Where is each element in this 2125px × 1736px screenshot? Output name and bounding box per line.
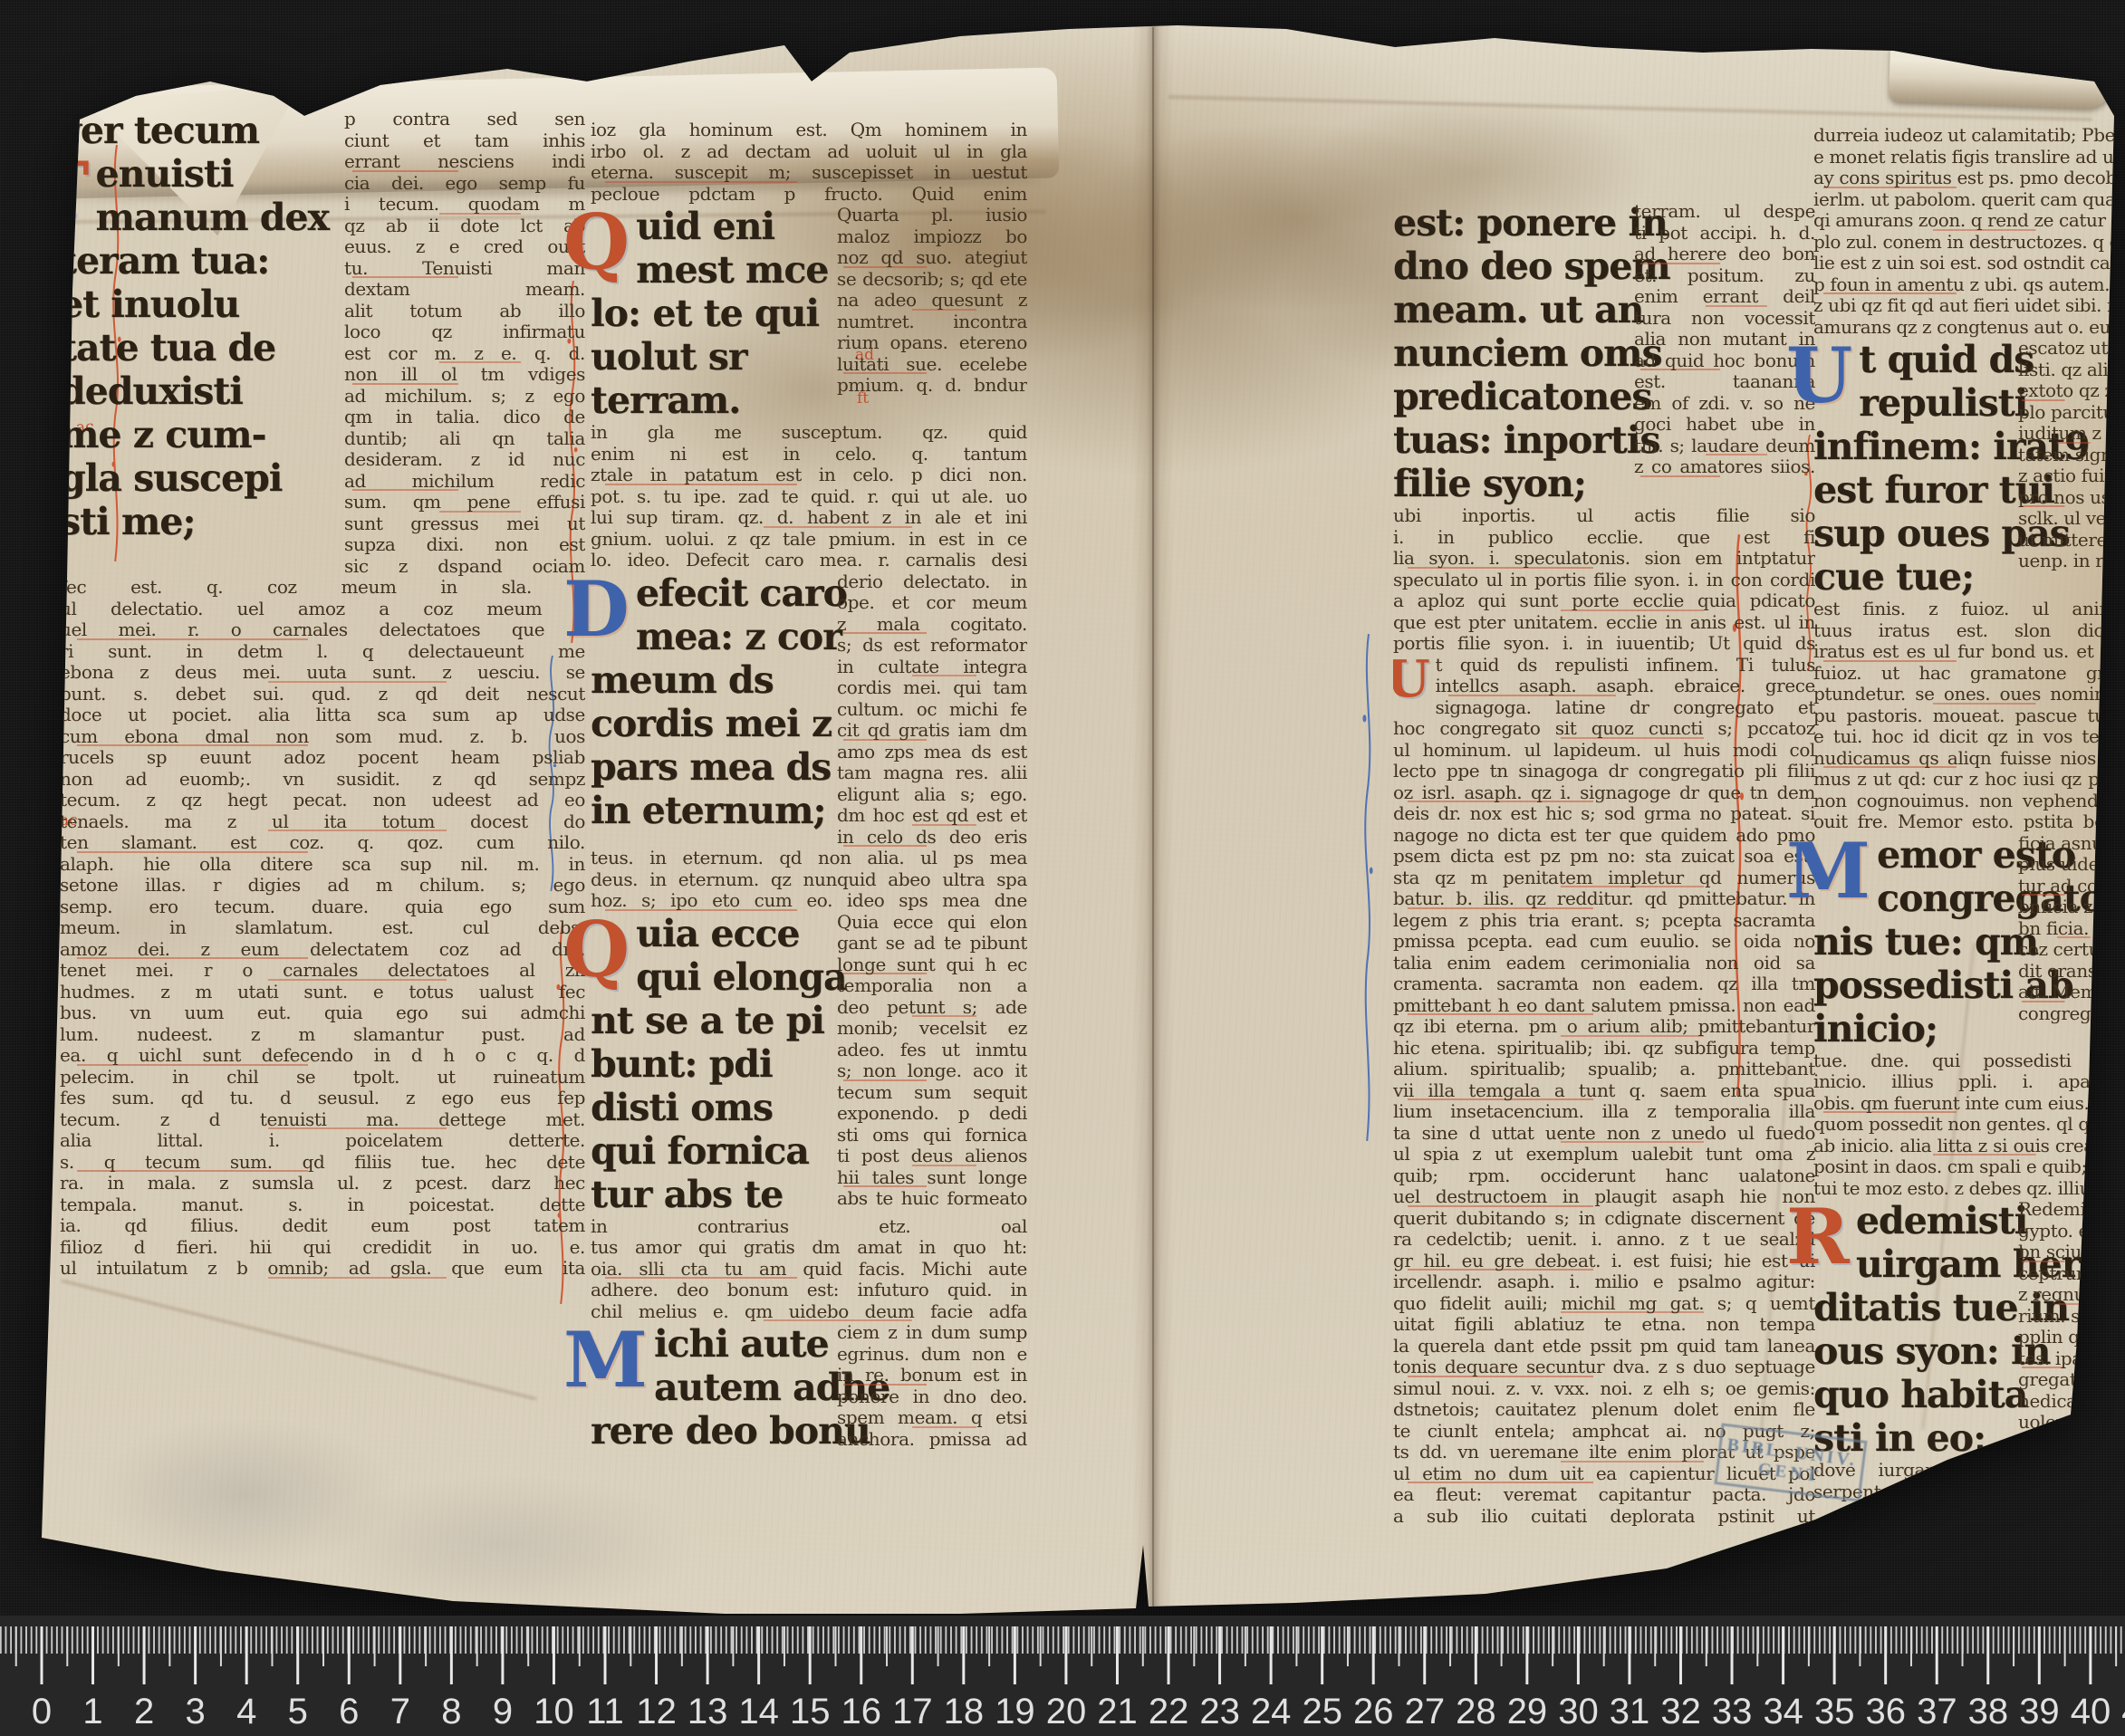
ruler-number: 1: [82, 1692, 102, 1732]
gloss-line: tur ad consueta: [2018, 876, 2116, 897]
verse-line: teram tua:: [60, 239, 332, 283]
illuminated-initial: U: [1786, 341, 1851, 410]
gloss-line: irbo ol. z ad dectam ad uoluit ul in gla: [591, 141, 1027, 163]
gloss-line: terram. ul despe: [1634, 201, 1815, 223]
gloss-line: s. q tecum sum. qd filiis tue. hec dete: [60, 1152, 585, 1174]
gloss-line: uitat figili ablatiuz te etna. non tempa: [1393, 1314, 1815, 1336]
gloss-block: ficia asnuat utpius uidex mittur ad cons…: [2018, 833, 2116, 1025]
gloss-line: s; ds est reformator: [837, 635, 1027, 657]
ruler-number: 21: [1097, 1692, 1138, 1732]
ruler-number: 4: [236, 1692, 256, 1732]
illuminated-initial: M: [563, 1326, 647, 1395]
gloss-line: ioz gla hominum est. Qm hominem in: [591, 120, 1027, 141]
verse-line: deduxisti: [60, 369, 332, 413]
gloss-line: tuus iratus est. slon dicit: [1813, 620, 2116, 642]
gloss-block: Ut quid ds repulisti infinem. Ti tulusin…: [1393, 655, 1815, 1038]
gloss-line: dm hoc est qd est et: [837, 805, 1027, 827]
verse-line: possedisti ab: [1813, 964, 2005, 1007]
gloss-line: sum. qm pene effusi: [344, 492, 585, 513]
gloss-block: escatoz ut. veplisti. qz alienos. uextot…: [2018, 338, 2116, 572]
ruler-number: 7: [390, 1692, 410, 1732]
verse-block: ver tecumTenuistimanum dexteram tua:et i…: [60, 109, 332, 543]
gloss-line: tu. Tenuisti man: [344, 258, 585, 280]
verse-gloss-row: est: ponere indno deo spemmeam. ut annun…: [1393, 201, 1815, 505]
gloss-line: pot. s. tu ipe. zad te quid. r. qui ut a…: [591, 486, 1027, 508]
gloss-line: quo fidelit auili; michil mg gat. s; q u…: [1393, 1293, 1815, 1315]
gloss-line: maloz impiozz bo: [837, 226, 1027, 248]
gloss-line: ponere in dno deo.: [837, 1386, 1027, 1408]
gloss-line: loco qz infirmatu: [344, 321, 585, 343]
gloss-line: doce ut pociet. alia litta sca sum ap ud…: [60, 705, 585, 726]
gloss-line: ciem z in dum sump: [837, 1322, 1027, 1344]
gloss-line: posint in daos. cm spali e quib; legem: [1813, 1156, 2116, 1178]
gloss-line: ubi inportis. ul actis filie sio: [1393, 505, 1815, 527]
ruler-number: 19: [995, 1692, 1035, 1732]
gloss-line: ad herere deo bon: [1634, 244, 1815, 265]
verse-line: ous syon: in: [1813, 1329, 2005, 1373]
ruler-number: 22: [1149, 1692, 1189, 1732]
gloss-line: ia. qd filius. dedit eum post tatem: [60, 1215, 585, 1237]
gloss-line: Redemisti ab e: [2018, 1199, 2116, 1221]
ruler-number: 37: [1917, 1692, 1957, 1732]
ruler-number: 26: [1353, 1692, 1394, 1732]
gloss-line: batur. b. ilis. qz redditur. qd pmitteba…: [1393, 888, 1815, 910]
gloss-line: z mala cogitato.: [837, 614, 1027, 636]
gloss-line: rium. s. iudicium: [2018, 1306, 2116, 1328]
gloss-line: numtret. incontra: [837, 312, 1027, 333]
gloss-line: z actio fuit. ul i: [2018, 465, 2116, 487]
gloss-line: ad michilum. s; z ego: [344, 386, 585, 408]
gloss-line: mus z ut qd: cur z hoc iusi qz pul: [1813, 769, 2116, 791]
gloss-line: in contrarius etz. oal: [591, 1216, 1027, 1238]
gloss-line: egrinus. dum non e: [837, 1344, 1027, 1366]
gloss-line: abs te huic formeato: [837, 1188, 1027, 1210]
gloss-line: tam magna res. alii: [837, 762, 1027, 784]
gloss-line: cordis mei. qui tam: [837, 677, 1027, 699]
gloss-line: escatoz ut. vep: [2018, 338, 2116, 360]
verse-line: tate tua de: [60, 326, 332, 369]
gloss-line: uolens. ds possi: [2018, 1412, 2116, 1434]
ruler-number: 11: [586, 1692, 624, 1732]
ruler-number: 27: [1405, 1692, 1446, 1732]
verse-line: terram.: [591, 379, 824, 422]
gloss-line: derio delectato. in: [837, 571, 1027, 593]
gloss-line: cia dei. ego semp fu: [344, 173, 585, 195]
gloss-line: oz isrl. asaph. qz i. signagoge dr que t…: [1393, 782, 1815, 804]
penwork-flourish: [1359, 634, 1379, 1141]
text-column-2: ioz gla hominum est. Qm hominem inirbo o…: [591, 120, 1027, 1453]
gloss-line: semp. ero tecum. duare. quia ego sum: [60, 897, 585, 918]
gloss-line: fec est. q. coz meum in sla. z: [60, 577, 585, 599]
verse-line: inicio;: [1813, 1007, 2005, 1050]
verse-gloss-row: Redemistiuirgam hereditatis tue inous sy…: [1813, 1199, 2116, 1460]
gloss-line: cramenta. sacramta non eadem. qz illa tm: [1393, 974, 1815, 995]
gloss-line: ztale in patatum est in celo. p dici non…: [591, 465, 1027, 486]
gloss-line: setone illas. r digies ad m chilum. s; e…: [60, 875, 585, 897]
verse-line: rere deo bonu: [591, 1409, 824, 1453]
ruler-number: 17: [892, 1692, 933, 1732]
ruler-numbers: 0123456789101112131415161718192021222324…: [0, 1692, 2125, 1735]
gloss-line: non ad euomb;. vn susidit. z qd sempz: [60, 769, 585, 791]
ruler-number: 34: [1763, 1692, 1803, 1732]
gloss-line: dextam meam.: [344, 279, 585, 301]
ruler-number: 28: [1456, 1692, 1496, 1732]
gloss-line: sta qz m penitatem impletur qd numerus: [1393, 868, 1815, 889]
gloss-line: bn sciu uirgam. s: [2018, 1242, 2116, 1263]
verse-line: lo: et te qui: [591, 292, 824, 335]
ruler-number: 12: [636, 1692, 677, 1732]
gloss-line: ul hominum. ul lapideum. ul huis modi co…: [1393, 740, 1815, 762]
gloss-line: plo zul. conem in destructozes. q emd ei…: [1813, 232, 2116, 254]
gloss-line: psem dicta est pz pm no: sta zuicat soa …: [1393, 846, 1815, 868]
gloss-line: bus. vn uum eut. quia ego sui admchi: [60, 1002, 585, 1024]
gloss-line: non ill ol tm vdiges: [344, 364, 585, 386]
gloss-line: filioz d fieri. hii qui credidit in uo. …: [60, 1237, 585, 1259]
gloss-line: qz ibi eterna. pm o arium alib; pmitteba…: [1393, 1016, 1815, 1038]
gloss-line: sti oms qui fornica: [837, 1125, 1027, 1146]
ruler-number: 8: [441, 1692, 461, 1732]
verse-line: bunt: pdi: [591, 1042, 824, 1086]
gloss-line: tatem signficaue: [2018, 445, 2116, 466]
gloss-line: obis. qm fuerunt inte cum eius. hic ppls…: [1813, 1093, 2116, 1115]
verse-gloss-row: Memor estocongregatonis tue: qmpossedist…: [1813, 833, 2116, 1050]
illuminated-initial: R: [1786, 1203, 1849, 1271]
gloss-line: z ubi qz fit qd aut fieri uidet sibi. me…: [1813, 295, 2116, 317]
gloss-block: tue. dne. qui possedisti abinicio. illiu…: [1813, 1050, 2116, 1200]
gloss-line: z regnum hedita: [2018, 1284, 2116, 1306]
ruler-number: 14: [738, 1692, 779, 1732]
ruler-number: 6: [339, 1692, 359, 1732]
gloss-line: na adeo quesunt z: [837, 290, 1027, 312]
gloss-line: gypto. ecce aliud: [2018, 1221, 2116, 1242]
ruler-number: 24: [1251, 1692, 1292, 1732]
gloss-line: alium. spiritualib; spualib; a. pmitteba…: [1393, 1059, 1815, 1080]
gloss-line: lium insetacencium. illa z temporalia il…: [1393, 1101, 1815, 1123]
text-column-1: ver tecumTenuistimanum dexteram tua:et i…: [60, 109, 585, 1280]
ruler-number: 35: [1814, 1692, 1855, 1732]
gloss-line: in celo ds deo eris: [837, 827, 1027, 849]
gloss-line: rium opans. etereno: [837, 332, 1027, 354]
gloss-block: fec est. q. coz meum in sla. zul delecta…: [60, 577, 585, 1280]
gloss-line: spem meam. q etsi: [837, 1407, 1027, 1429]
gloss-line: que est pter unitatem. ecclie in anis es…: [1393, 612, 1815, 634]
gloss-line: deo petunt s; ade: [837, 997, 1027, 1019]
gloss-line: cultum. oc michi fe: [837, 699, 1027, 721]
gloss-line: querit dubitando s; in cdignate discerne…: [1393, 1208, 1815, 1230]
gloss-line: gnium. uolui. z qz tale pmium. in est in…: [591, 529, 1027, 551]
gloss-block: hic etena. spiritualib; ibi. qz subfigur…: [1393, 1038, 1815, 1208]
gloss-line: errant nesciens indi: [344, 151, 585, 173]
gloss-line: teus. in eternum. qd non alia. ul ps mea: [591, 848, 1027, 869]
gloss-line: iratus est es ul fur bond us. et s;: [1813, 641, 2116, 663]
ruler-number: 9: [493, 1692, 513, 1732]
gloss-line: amurans qz z congtenus aut o. eui a. q: [1813, 317, 2116, 339]
illuminated-initial: U: [1393, 657, 1429, 702]
gloss-line: qm in talia. dico de: [344, 407, 585, 428]
gloss-line: p foun in amentu z ubi. qs autem. vep. t…: [1813, 274, 2116, 296]
verse-block: Quia eccequi elongant se a te pibunt: pd…: [591, 912, 824, 1216]
gloss-block: in gla me susceptum. qz. quidenim ni est…: [591, 422, 1027, 571]
gloss-line: nagoge no dicta est ter que quidem ado p…: [1393, 825, 1815, 847]
gloss-line: ti pot accipi. h. d.: [1634, 223, 1815, 245]
gloss-line: tui te moz esto. z debes qz. illius ppli: [1813, 1178, 2116, 1200]
gloss-line: bnficia z pius si: [2018, 897, 2116, 918]
gloss-line: pelecim. in chil se tpolt. ut ruineatum: [60, 1067, 585, 1089]
gloss-line: sic z dspand ociam: [344, 556, 585, 578]
gloss-block: Quia ecce qui elongant se ad te pibuntlo…: [837, 912, 1027, 1210]
ruler-number: 23: [1199, 1692, 1240, 1732]
ruler-ticks: [0, 1626, 2125, 1684]
gloss-block: p contra sed senciunt et tam inhiserrant…: [344, 109, 585, 577]
gloss-block: est finis. z fuioz. ul animtuus iratus e…: [1813, 599, 2116, 833]
ruler-number: 33: [1712, 1692, 1753, 1732]
gloss-line: qz ab ii dote lct ab: [344, 216, 585, 237]
gloss-line: lecto ppe tn sinagoga dr congregatio pli…: [1393, 761, 1815, 782]
gloss-line: e tui. hoc id dicit qz in vos tem: [1813, 726, 2116, 748]
verse-gloss-row: ver tecumTenuistimanum dexteram tua:et i…: [60, 109, 585, 577]
verse-line: disti oms: [591, 1086, 824, 1129]
gloss-line: extoto qz z nec t: [2018, 380, 2116, 402]
gloss-line: tonis dequare secuntur dva. z s duo sept…: [1393, 1357, 1815, 1378]
gloss-line: noz qd suo. ategiut: [837, 247, 1027, 269]
ruler-number: 40: [2071, 1692, 2111, 1732]
ruler-number: 41: [2121, 1692, 2125, 1732]
illuminated-initial: Q: [563, 208, 629, 277]
ruler-number: 25: [1303, 1692, 1343, 1732]
gloss-line: portis filie syon. i. in iuuentib; Ut qu…: [1393, 633, 1815, 655]
ruler-number: 20: [1046, 1692, 1087, 1732]
gloss-line: gregato iuxta: [2018, 1369, 2116, 1391]
ruler-number: 13: [687, 1692, 728, 1732]
gloss-line: ul spia z ut exemplum ualebit tunt oma z: [1393, 1144, 1815, 1165]
gloss-line: ircellendr. asaph. i. milio e psalmo agi…: [1393, 1271, 1815, 1293]
gloss-line: dit orans qz p eis: [2018, 961, 2116, 983]
gloss-line: alit totum ab illo: [344, 301, 585, 322]
gloss-block: ciem z in dum sumpegrinus. dum non ein r…: [837, 1322, 1027, 1450]
verse-gloss-row: Ut quid dsrepulistiinfinem: irat9est fur…: [1813, 338, 2116, 599]
gloss-line: tecum sum sequit: [837, 1082, 1027, 1104]
manuscript-photo: ac ac ad ft ver tecumTenuistimanum dexte…: [0, 0, 2125, 1736]
gloss-line: gant se ad te pibunt: [837, 933, 1027, 954]
gloss-line: a aploz qui sunt porte ecclie quia pdica…: [1393, 590, 1815, 612]
ruler-number: 5: [288, 1692, 308, 1732]
text-column-3: est: ponere indno deo spemmeam. ut annun…: [1393, 201, 1815, 1527]
illuminated-initial: M: [1786, 837, 1870, 906]
gloss-line: t quid ds repulisti infinem. Ti tulus: [1435, 655, 1815, 676]
gloss-line: congregatoins: [2018, 1003, 2116, 1025]
gloss-line: alia littal. i. poicelatem detterte.: [60, 1130, 585, 1152]
ruler-number: 29: [1507, 1692, 1548, 1732]
gloss-line: fes sum. qd tu. d seusul. z ego eus fep: [60, 1088, 585, 1109]
verse-line: me z cum-: [60, 413, 332, 456]
gloss-line: dstnetois; cauitatez plenum dolet enim f…: [1393, 1399, 1815, 1421]
verse-line: ditatis tue in: [1813, 1286, 2005, 1329]
gloss-line: s; non longe. aco it: [837, 1060, 1027, 1082]
gloss-line: uel destructoem in plaugit asaph hie non: [1393, 1186, 1815, 1208]
gloss-line: pmittebant h eo dant salutem pmissa. non…: [1393, 995, 1815, 1017]
penwork-flourish: [38, 380, 56, 679]
gloss-block: in contrarius etz. oaltus amor qui grati…: [591, 1216, 1027, 1323]
verse-line: uolut sr: [591, 335, 824, 379]
gloss-line: quib; rpm. occiderunt hanc ualatone: [1393, 1165, 1815, 1187]
gloss-line: Quarta pl. iusio: [837, 205, 1027, 226]
gloss-line: ri sunt. in detm l. q delectaueunt me: [60, 641, 585, 663]
gloss-line: hii tales sunt longe: [837, 1167, 1027, 1189]
verse-line: qui fornica: [591, 1129, 824, 1173]
gloss-line: oia. slli cta tu am quid facis. Michi au…: [591, 1259, 1027, 1280]
verse-gloss-row: Quid enimest mcelo: et te quiuolut srter…: [591, 205, 1027, 422]
ruler-number: 16: [841, 1692, 882, 1732]
gloss-line: ceptrum hdr eue: [2018, 1263, 2116, 1285]
gloss-line: se decsorib; s; qd ete: [837, 269, 1027, 291]
verse-block: Quid enimest mcelo: et te quiuolut srter…: [591, 205, 824, 422]
gloss-line: cit qd gratis iam dm: [837, 720, 1027, 742]
gloss-line: bn ficia. in eis. q: [2018, 918, 2116, 940]
gloss-line: a sub ilio cuitati deplorata pstinit ut: [1393, 1506, 1815, 1528]
gloss-line: Quia ecce qui elon: [837, 912, 1027, 934]
gloss-line: nudicamus qs aliqn fuisse nios n: [1813, 748, 2116, 770]
gloss-line: pmium. q. d. bndur: [837, 375, 1027, 397]
gloss-line: chil melius e. qm uidebo deum facie adfa: [591, 1301, 1027, 1323]
gloss-line: legem z phis tria erant. s; pcepta sacra…: [1393, 910, 1815, 932]
gloss-line: euus. z e cred oust: [344, 236, 585, 258]
gloss-line: pecloue pdctam p fructo. Quid enim: [591, 184, 1027, 206]
gloss-line: tes. ipa enim con: [2018, 1348, 2116, 1370]
ruler-number: 32: [1660, 1692, 1701, 1732]
ruler-number: 38: [1968, 1692, 2009, 1732]
verse-line: meam. ut an: [1393, 288, 1621, 331]
gloss-line: tecum. z d tenuisti ma. dettege met.: [60, 1109, 585, 1131]
illuminated-initial: Q: [563, 916, 629, 984]
gloss-line: ad michilum redic: [344, 471, 585, 493]
verse-line: enuisti: [60, 152, 332, 196]
verse-line: cordis mei z: [591, 702, 824, 745]
gloss-line: et. positum. zu: [1634, 265, 1815, 287]
gloss-line: talia enim eadem cerimonialia non oid sa: [1393, 953, 1815, 974]
gloss-line: enim ni est in celo. q. tantum: [591, 444, 1027, 465]
gloss-line: tenaels. ma z ul ita totum docest do: [60, 811, 585, 833]
gloss-line: coz certura atten: [2018, 939, 2116, 961]
gloss-line: durreia iudeoz ut calamitatib; Pbere: [1813, 125, 2116, 147]
center-fold-crease: [1152, 27, 1154, 1607]
gloss-line: simul noui. z. v. vxx. noi. z elh s; oe …: [1393, 1378, 1815, 1400]
verse-line: tuas: inportis: [1393, 418, 1621, 462]
gloss-line: ta sine d uttat uente non z unedo ul fue…: [1393, 1123, 1815, 1145]
ruler-number: 3: [186, 1692, 206, 1732]
gloss-line: longe sunt qui h ec: [837, 954, 1027, 976]
gloss-line: ti post deus alienos: [837, 1146, 1027, 1167]
gloss-line: tura non vocessit: [1634, 308, 1815, 330]
gloss-line: amoz dei. z eum delectatem coz ad dm.: [60, 939, 585, 961]
verse-line: est furor tui: [1813, 468, 2005, 512]
gloss-line: intellcs asaph. asaph. ebraice. grece: [1435, 676, 1815, 697]
verse-block: Defecit caromea: z cormeum dscordis mei …: [591, 571, 824, 832]
ruler-number: 0: [32, 1692, 52, 1732]
verse-line: predicatones: [1393, 375, 1621, 418]
parchment-wrap: ac ac ad ft ver tecumTenuistimanum dexte…: [0, 0, 2125, 1736]
gloss-line: tm. s; laudare deum: [1634, 436, 1815, 457]
gloss-line: enim errant deil: [1634, 286, 1815, 308]
gloss-line: quom possedit non gentes. ql quid: [1813, 1114, 2116, 1136]
gloss-line: est cor m. z e. q. d.: [344, 343, 585, 365]
gloss-line: plo parcitur. p h: [2018, 402, 2116, 424]
gloss-line: pro nos usq; in fi: [2018, 487, 2116, 509]
gloss-line: anchora. pmissa ad: [837, 1429, 1027, 1451]
gloss-line: ut mitteres nos in: [2018, 530, 2116, 551]
gloss-block: ioz gla hominum est. Qm hominem inirbo o…: [591, 120, 1027, 205]
verse-line: gla suscepi: [60, 456, 332, 500]
gloss-line: in cultate integra: [837, 657, 1027, 678]
gloss-line: gr hil. eu gre debeat. i. est fuisi; hie…: [1393, 1251, 1815, 1272]
ruler-number: 39: [2019, 1692, 2060, 1732]
verse-block: Ut quid dsrepulistiinfinem: irat9est fur…: [1813, 338, 2005, 599]
gloss-line: desideram. z id nuc: [344, 449, 585, 471]
verse-line: tur abs te: [591, 1173, 824, 1216]
gloss-line: bunt. s. debet sui. qud. z qd deit nescu…: [60, 684, 585, 705]
gloss-line: hedicatis dz cui: [2018, 1391, 2116, 1413]
gloss-line: pu pastoris. moueat. pascue tue: [1813, 705, 2116, 727]
gloss-line: tempala. manut. s. in poicestat. dette: [60, 1194, 585, 1216]
gloss-line: uel mei. r. o carnales delectatoes que z: [60, 619, 585, 641]
gloss-line: temporalia non a: [837, 975, 1027, 997]
verse-block: Redemistiuirgam hereditatis tue inous sy…: [1813, 1199, 2005, 1460]
gloss-line: speculato ul in portis filie syon. i. in…: [1393, 570, 1815, 591]
gloss-line: ope. et cor meum: [837, 592, 1027, 614]
verse-line: sup oues pas: [1813, 512, 2005, 555]
verse-block: est: ponere indno deo spemmeam. ut annun…: [1393, 201, 1621, 505]
gloss-line: rucels sp euunt adoz pocent heam psliab: [60, 747, 585, 769]
gloss-line: i. in publico ecclie. que est fi: [1393, 527, 1815, 549]
gloss-line: hudmes. z m utati sunt. e totus ualust f…: [60, 982, 585, 1003]
gloss-line: lia syon. i. speculatonis. sion em intpt…: [1393, 548, 1815, 570]
ruler-number: 18: [944, 1692, 985, 1732]
gloss-line: amo zps mea ds est: [837, 742, 1027, 763]
gloss-line: pmissa pcepta. ead cum euulio. se oida n…: [1393, 931, 1815, 953]
gloss-line: ebona z deus mei. uuta sunt. z uesciu. s…: [60, 662, 585, 684]
verse-line: sti me;: [60, 500, 332, 543]
gloss-line: eterna. suscepit m; suscepisset in uestu…: [591, 162, 1027, 184]
gloss-line: tue. dne. qui possedisti ab: [1813, 1050, 2116, 1072]
gloss-line: alaph. hie olla ditere sca sup nil. m. i…: [60, 854, 585, 876]
verse-line: et inuolu: [60, 283, 332, 326]
gloss-block: Quarta pl. iusiomaloz impiozz bonoz qd s…: [837, 205, 1027, 397]
gloss-line: i tecum. quodam m: [344, 194, 585, 216]
gloss-line: z co amatores siios.: [1634, 456, 1815, 478]
gloss-line: ul intuilatum z b omnib; ad gsla. que eu…: [60, 1258, 585, 1280]
top-right-rolled-edge: [1889, 42, 2115, 110]
verse-line: manum dex: [60, 196, 332, 239]
ruler-number: 15: [790, 1692, 831, 1732]
verse-line: pars mea ds: [591, 745, 824, 789]
measurement-ruler: 0123456789101112131415161718192021222324…: [0, 1616, 2125, 1736]
verse-line: infinem: irat9: [1813, 425, 2005, 468]
gloss-line: lum. nudeest. z m slamantur pust. ad: [60, 1024, 585, 1046]
gloss-line: luitati sue. ecelebe: [837, 354, 1027, 376]
illuminated-initial: D: [563, 575, 629, 644]
gloss-line: adhere. deo bonum est: infuturo quid. in: [591, 1280, 1027, 1301]
gloss-line: tecum. z qz hegt pecat. non udeest ad eo: [60, 790, 585, 811]
gloss-line: ra cedelctib; uenit. i. anno. z t ue sea…: [1393, 1229, 1815, 1251]
verse-line: quo habita: [1813, 1373, 2005, 1416]
gloss-line: fuioz. ut hac gramatone gra: [1813, 663, 2116, 685]
gloss-line: in re. bonum est in: [837, 1365, 1027, 1386]
gloss-line: listi. qz alienos. u: [2018, 360, 2116, 381]
gloss-line: ra. in mala. z sumsla ul. z pcest. darz …: [60, 1173, 585, 1194]
parchment-bifolium: ac ac ad ft ver tecumTenuistimanum dexte…: [0, 0, 2125, 1736]
gloss-line: exponendo. p dedi: [837, 1103, 1027, 1125]
gloss-line: ciunt et tam inhis: [344, 130, 585, 152]
gloss-line: ficia asnuat ut: [2018, 833, 2116, 855]
